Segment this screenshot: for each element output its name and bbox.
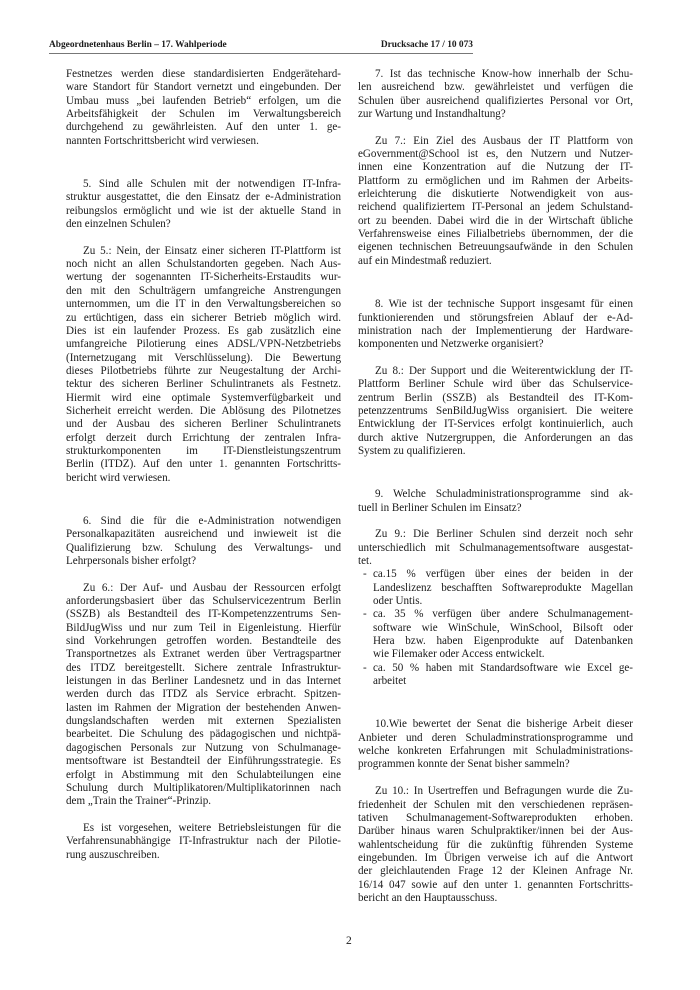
text-line: innen eine Konzentration auf die Nutzung… [358,161,633,174]
text-line: dem „Train the Trainer“-Prinzip. [66,795,341,808]
text-line: 9. Welche Schuladministrationsprogramme … [358,488,633,501]
text-line: struktur ausgestattet, die den Einsatz d… [66,191,341,204]
text-line: 6. Sind die für die e-Administration not… [66,515,341,528]
text-line: 5. Sind alle Schulen mit der notwendigen… [66,178,341,191]
text-line: Arbeitsfähigkeit der Schulen im Verwaltu… [66,108,341,121]
text-line: mentsoftware ist Bestandteil der Einführ… [66,755,341,768]
text-line: Schulen über ausreichend qualifiziertes … [358,95,633,108]
paragraph-intro: Festnetzes werden diese standardisierten… [66,68,341,148]
text-line: Festnetzes werden diese standardisierten… [66,68,341,81]
text-line: Sicherheit erreicht werden. Die Ablösung… [66,405,341,418]
text-line: Transportnetzes als Extranet werden über… [66,648,341,661]
dash-bullet-icon: - [363,608,367,621]
text-line: Verfahrensunabhängige IT-Infrastruktur n… [66,835,341,848]
text-line: welche konkreten Erfahrungen mit Schulad… [358,745,633,758]
dash-bullet-icon: - [363,568,367,581]
text-line: Entwicklung der IT-Services erfolgt kont… [358,418,633,431]
answer-9-bullet-list: -ca.15 % verfügen über eines der beiden … [358,568,633,688]
answer-7: Zu 7.: Ein Ziel des Ausbaus der IT Platt… [358,135,633,268]
text-line: wie Filemaker oder Access entwickelt. [373,648,633,661]
text-line: lasten im Rahmen der Migration der beste… [66,702,341,715]
text-line: petenzzentrums SenBildJugWiss organisier… [358,405,633,418]
text-line: unternommen, um die IT in den Verwaltung… [66,298,341,311]
spacer [66,485,341,515]
spacer [358,772,633,785]
text-line: tuell in Berliner Schulen im Einsatz? [358,502,633,515]
text-line: zentrum Berlin (SSZB) als Bestandteil de… [358,392,633,405]
text-line: werden durch das ITDZ als Service erbrac… [66,688,341,701]
text-line: zu ertüchtigen, dass ein sicherer Betrie… [66,312,341,325]
spacer [66,231,341,244]
spacer [358,121,633,134]
text-line: bericht an den Hauptausschuss. [358,892,633,905]
text-line: Es ist vorgesehen, weitere Betriebsleist… [66,822,341,835]
text-line: durchgehend zu gewährleisten. Auf den un… [66,121,341,134]
left-column: Festnetzes werden diese standardisierten… [66,68,341,862]
text-line: der gleichlautenden Frage 12 der Kleinen… [358,865,633,878]
text-line: ort zu beenden. Dabei wird die in der Wi… [358,215,633,228]
text-line: System zu qualifizieren. [358,445,633,458]
text-line: dieses Pilotbetriebs führte zur Neugesta… [66,365,341,378]
spacer [358,352,633,365]
text-line: auf ein Mindestmaß reduziert. [358,255,633,268]
question-9: 9. Welche Schuladministrationsprogramme … [358,488,633,515]
answer-9: Zu 9.: Die Berliner Schulen sind derzeit… [358,528,633,568]
question-5: 5. Sind alle Schulen mit der notwendigen… [66,178,341,231]
text-line: leistungen in das Berliner Landesnetz un… [66,675,341,688]
text-line: 7. Ist das technische Know-how innerhalb… [358,68,633,81]
text-line: anforderungsbasiert über das Schulservic… [66,595,341,608]
page-number: 2 [346,935,352,947]
text-line: Zu 8.: Der Support und die Weiterentwick… [358,365,633,378]
text-line: komponenten und Netzwerke organisiert? [358,338,633,351]
header-document-number: Drucksache 17 / 10 073 [381,40,473,50]
text-line: Zu 7.: Ein Ziel des Ausbaus der IT Platt… [358,135,633,148]
bullet-item: -ca. 35 % verfügen über andere Schulmana… [358,608,633,661]
text-line: Plattform zu ermöglichen und im Rahmen d… [358,175,633,188]
text-line: 8. Wie ist der technische Support insges… [358,298,633,311]
text-line: tektur des sicheren Berliner Schulintran… [66,378,341,391]
text-line: rung auszuschreiben. [66,849,341,862]
text-line: Landeslizenz beschafften Softwareprodukt… [373,582,633,595]
text-line: umfangreiche Pilotierung eines ADSL/VPN-… [66,338,341,351]
spacer [66,148,341,178]
text-line: reibungslos ermöglicht und wie ist der a… [66,205,341,218]
answer-5: Zu 5.: Nein, der Einsatz einer sicheren … [66,245,341,485]
text-line: durch aktive Nutzergruppen, die Anforder… [358,432,633,445]
text-line: erfolgt derzeit durch Errichtung der zen… [66,432,341,445]
text-line: ca. 35 % verfügen über andere Schulmanag… [373,608,633,621]
question-10: 10.Wie bewertet der Senat die bisherige … [358,718,633,771]
text-line: tet. [358,555,633,568]
text-line: BildJugWiss und nur zum Teil in Eigenlei… [66,622,341,635]
question-8: 8. Wie ist der technische Support insges… [358,298,633,351]
text-line: den mit den Schulträgern umfangreiche An… [66,285,341,298]
text-line: ca.15 % verfügen über eines der beiden i… [373,568,633,581]
text-line: ca. 50 % haben mit Standardsoftware wie … [373,662,633,675]
spacer [66,809,341,822]
spacer [358,268,633,298]
text-line: Zu 6.: Der Auf- und Ausbau der Ressource… [66,582,341,595]
question-6: 6. Sind die für die e-Administration not… [66,515,341,568]
text-line: Hiermit wird eine optimale Systemverfügb… [66,392,341,405]
spacer [358,458,633,488]
text-line: noch nicht an allen Schulstandorten gege… [66,258,341,271]
bullet-item: -ca.15 % verfügen über eines der beiden … [358,568,633,608]
spacer [358,515,633,528]
text-line: zur Wartung und Instandhaltung? [358,108,633,121]
text-line: 10.Wie bewertet der Senat die bisherige … [358,718,633,731]
text-line: Verfahrensweise eines Filialbetriebs übe… [358,228,633,241]
text-line: software wie WinSchule, WinSchool, Bilso… [373,622,633,635]
text-line: Qualifizierung bzw. Schulung des Verwalt… [66,542,341,555]
text-line: bearbeitet. Die Schulung des pädagogisch… [66,728,341,741]
text-line: 16/14 047 sowie auf den unter 1. genannt… [358,879,633,892]
text-line: Darüber hinaus waren Schulpraktiker/inne… [358,825,633,838]
text-line: dungslandschaften werden mit externen Sp… [66,715,341,728]
bullet-item: -ca. 50 % haben mit Standardsoftware wie… [358,662,633,689]
text-line: Umbau muss „bei laufenden Betrieb“ erfol… [66,95,341,108]
text-line: reichend qualifiziertem IT-Personal an j… [358,201,633,214]
text-line: ministration nach der Implementierung de… [358,325,633,338]
text-line: eigenen technischen Betreuungsaufwände i… [358,241,633,254]
text-line: wahlentscheidung für die zukünftig führe… [358,839,633,852]
text-line: funktionierenden und störungsfreien Abla… [358,312,633,325]
right-column: 7. Ist das technische Know-how innerhalb… [358,68,633,905]
text-line: und der Ausbau des sicheren Berliner Sch… [66,418,341,431]
text-line: sind Vorkehrungen getroffen worden. Best… [66,635,341,648]
spacer [66,568,341,581]
dash-bullet-icon: - [363,662,367,675]
text-line: Personalkapazitäten ausreichend und inwi… [66,528,341,541]
text-line: eGovernment@School ist es, den Nutzern u… [358,148,633,161]
text-line: Lehrpersonals bisher erfolgt? [66,555,341,568]
question-7: 7. Ist das technische Know-how innerhalb… [358,68,633,121]
text-line: Zu 10.: In Usertreffen und Befragungen w… [358,785,633,798]
text-line: eingebunden. Im Übrigen verweise ich auf… [358,852,633,865]
text-line: wertung der sogenannten IT-Sicherheits-E… [66,271,341,284]
text-line: len ausreichend bzw. gewährleistet und v… [358,81,633,94]
text-line: Plattform Berliner Schule wird über das … [358,378,633,391]
text-line: (Internetzugang mit Verschlüsselung). Di… [66,352,341,365]
text-line: strukturkomponenten im IT-Dienstleistung… [66,445,341,458]
text-line: des ITDZ bereitgestellt. Sichere zentral… [66,662,341,675]
text-line: Schulung durch Multiplikatoren/Multiplik… [66,782,341,795]
text-line: oder Untis. [373,595,633,608]
text-line: ware Standort für Standort vernetzt und … [66,81,341,94]
answer-8: Zu 8.: Der Support und die Weiterentwick… [358,365,633,458]
spacer [358,688,633,718]
text-line: dagogischen Personals zur Nutzung von Sc… [66,742,341,755]
header-rule [49,53,473,54]
text-line: den einzelnen Schulen? [66,218,341,231]
answer-10: Zu 10.: In Usertreffen und Befragungen w… [358,785,633,905]
text-line: bericht wird verwiesen. [66,472,341,485]
text-line: Anbieter und deren Schuladminstrationspr… [358,732,633,745]
text-line: Berlin (ITDZ). Auf den unter 1. genannte… [66,458,341,471]
answer-6: Zu 6.: Der Auf- und Ausbau der Ressource… [66,582,341,809]
header-parliament-label: Abgeordnetenhaus Berlin – 17. Wahlperiod… [49,40,227,50]
text-line: tativen Schulmanagement-Softwareprodukte… [358,812,633,825]
text-line: erfolgt in Abstimmung mit den Schulabtei… [66,769,341,782]
text-line: nannten Fortschrittsbericht wird verwies… [66,135,341,148]
text-line: Dies ist ein laufender Prozess. Es gab z… [66,325,341,338]
text-line: (SSZB) als Bestandteil des IT-Kompetenzz… [66,608,341,621]
text-line: erleichterung die diskutierte Notwendigk… [358,188,633,201]
text-line: Zu 9.: Die Berliner Schulen sind derzeit… [358,528,633,541]
text-line: Zu 5.: Nein, der Einsatz einer sicheren … [66,245,341,258]
text-line: arbeitet [373,675,633,688]
answer-6-continuation: Es ist vorgesehen, weitere Betriebsleist… [66,822,341,862]
text-line: friedenheit der Schulen mit den verschie… [358,799,633,812]
text-line: unterschiedlich mit Schulmanagementsoftw… [358,542,633,555]
text-line: Hera bzw. haben Eigenprodukte auf Datenb… [373,635,633,648]
text-line: programmen konnte der Senat bisher samme… [358,758,633,771]
